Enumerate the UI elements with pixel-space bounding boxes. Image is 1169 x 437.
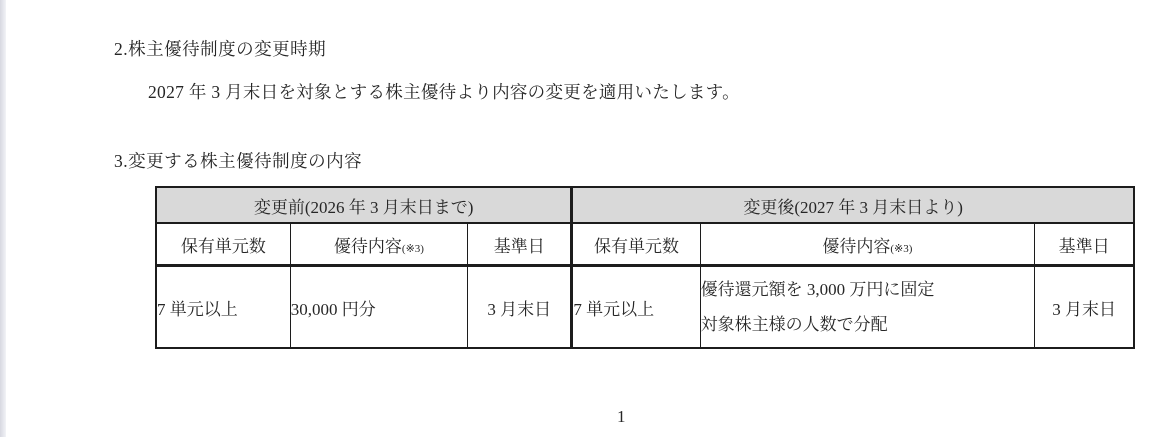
group-header-after: 変更後(2027 年 3 月末日より) — [572, 187, 1134, 223]
cell-record-date-after: 3 月末日 — [1035, 266, 1134, 349]
table-column-header-row: 保有単元数 優待内容(※3) 基準日 保有単元数 優待内容(※3) 基準日 — [156, 223, 1134, 266]
table-group-header-row: 変更前(2026 年 3 月末日まで) 変更後(2027 年 3 月末日より) — [156, 187, 1134, 223]
col-header-benefit-after-note: (※3) — [890, 243, 912, 255]
group-header-before: 変更前(2026 年 3 月末日まで) — [156, 187, 572, 223]
benefit-change-table: 変更前(2026 年 3 月末日まで) 変更後(2027 年 3 月末日より) … — [155, 186, 1135, 349]
cell-benefit-after-line2: 対象株主様の人数で分配 — [701, 307, 1035, 342]
col-header-units-after: 保有単元数 — [572, 223, 700, 266]
col-header-benefit-after: 優待内容(※3) — [700, 223, 1035, 266]
col-header-benefit-before: 優待内容(※3) — [290, 223, 467, 266]
col-header-units-before: 保有単元数 — [156, 223, 290, 266]
section-2-body-text: 2027 年 3 月末日を対象とする株主優待より内容の変更を適用いたします。 — [148, 79, 740, 104]
table-data-row: 7 単元以上 30,000 円分 3 月末日 7 単元以上 優待還元額を 3,0… — [156, 266, 1134, 349]
section-3-heading: 3.変更する株主優待制度の内容 — [114, 148, 362, 173]
col-header-record-date-before: 基準日 — [468, 223, 572, 266]
cell-benefit-after: 優待還元額を 3,000 万円に固定 対象株主様の人数で分配 — [700, 266, 1035, 349]
col-header-record-date-after: 基準日 — [1035, 223, 1134, 266]
section-2-heading: 2.株主優待制度の変更時期 — [114, 36, 326, 61]
col-header-benefit-before-note: (※3) — [402, 243, 424, 255]
cell-benefit-after-line1: 優待還元額を 3,000 万円に固定 — [701, 272, 1035, 307]
page-number: 1 — [617, 407, 626, 427]
page-edge-strip — [0, 0, 6, 437]
cell-record-date-before: 3 月末日 — [468, 266, 572, 349]
cell-units-after: 7 単元以上 — [572, 266, 700, 349]
col-header-benefit-before-label: 優待内容 — [334, 237, 402, 256]
cell-benefit-before: 30,000 円分 — [290, 266, 467, 349]
col-header-benefit-after-label: 優待内容 — [822, 237, 890, 256]
cell-units-before: 7 単元以上 — [156, 266, 290, 349]
